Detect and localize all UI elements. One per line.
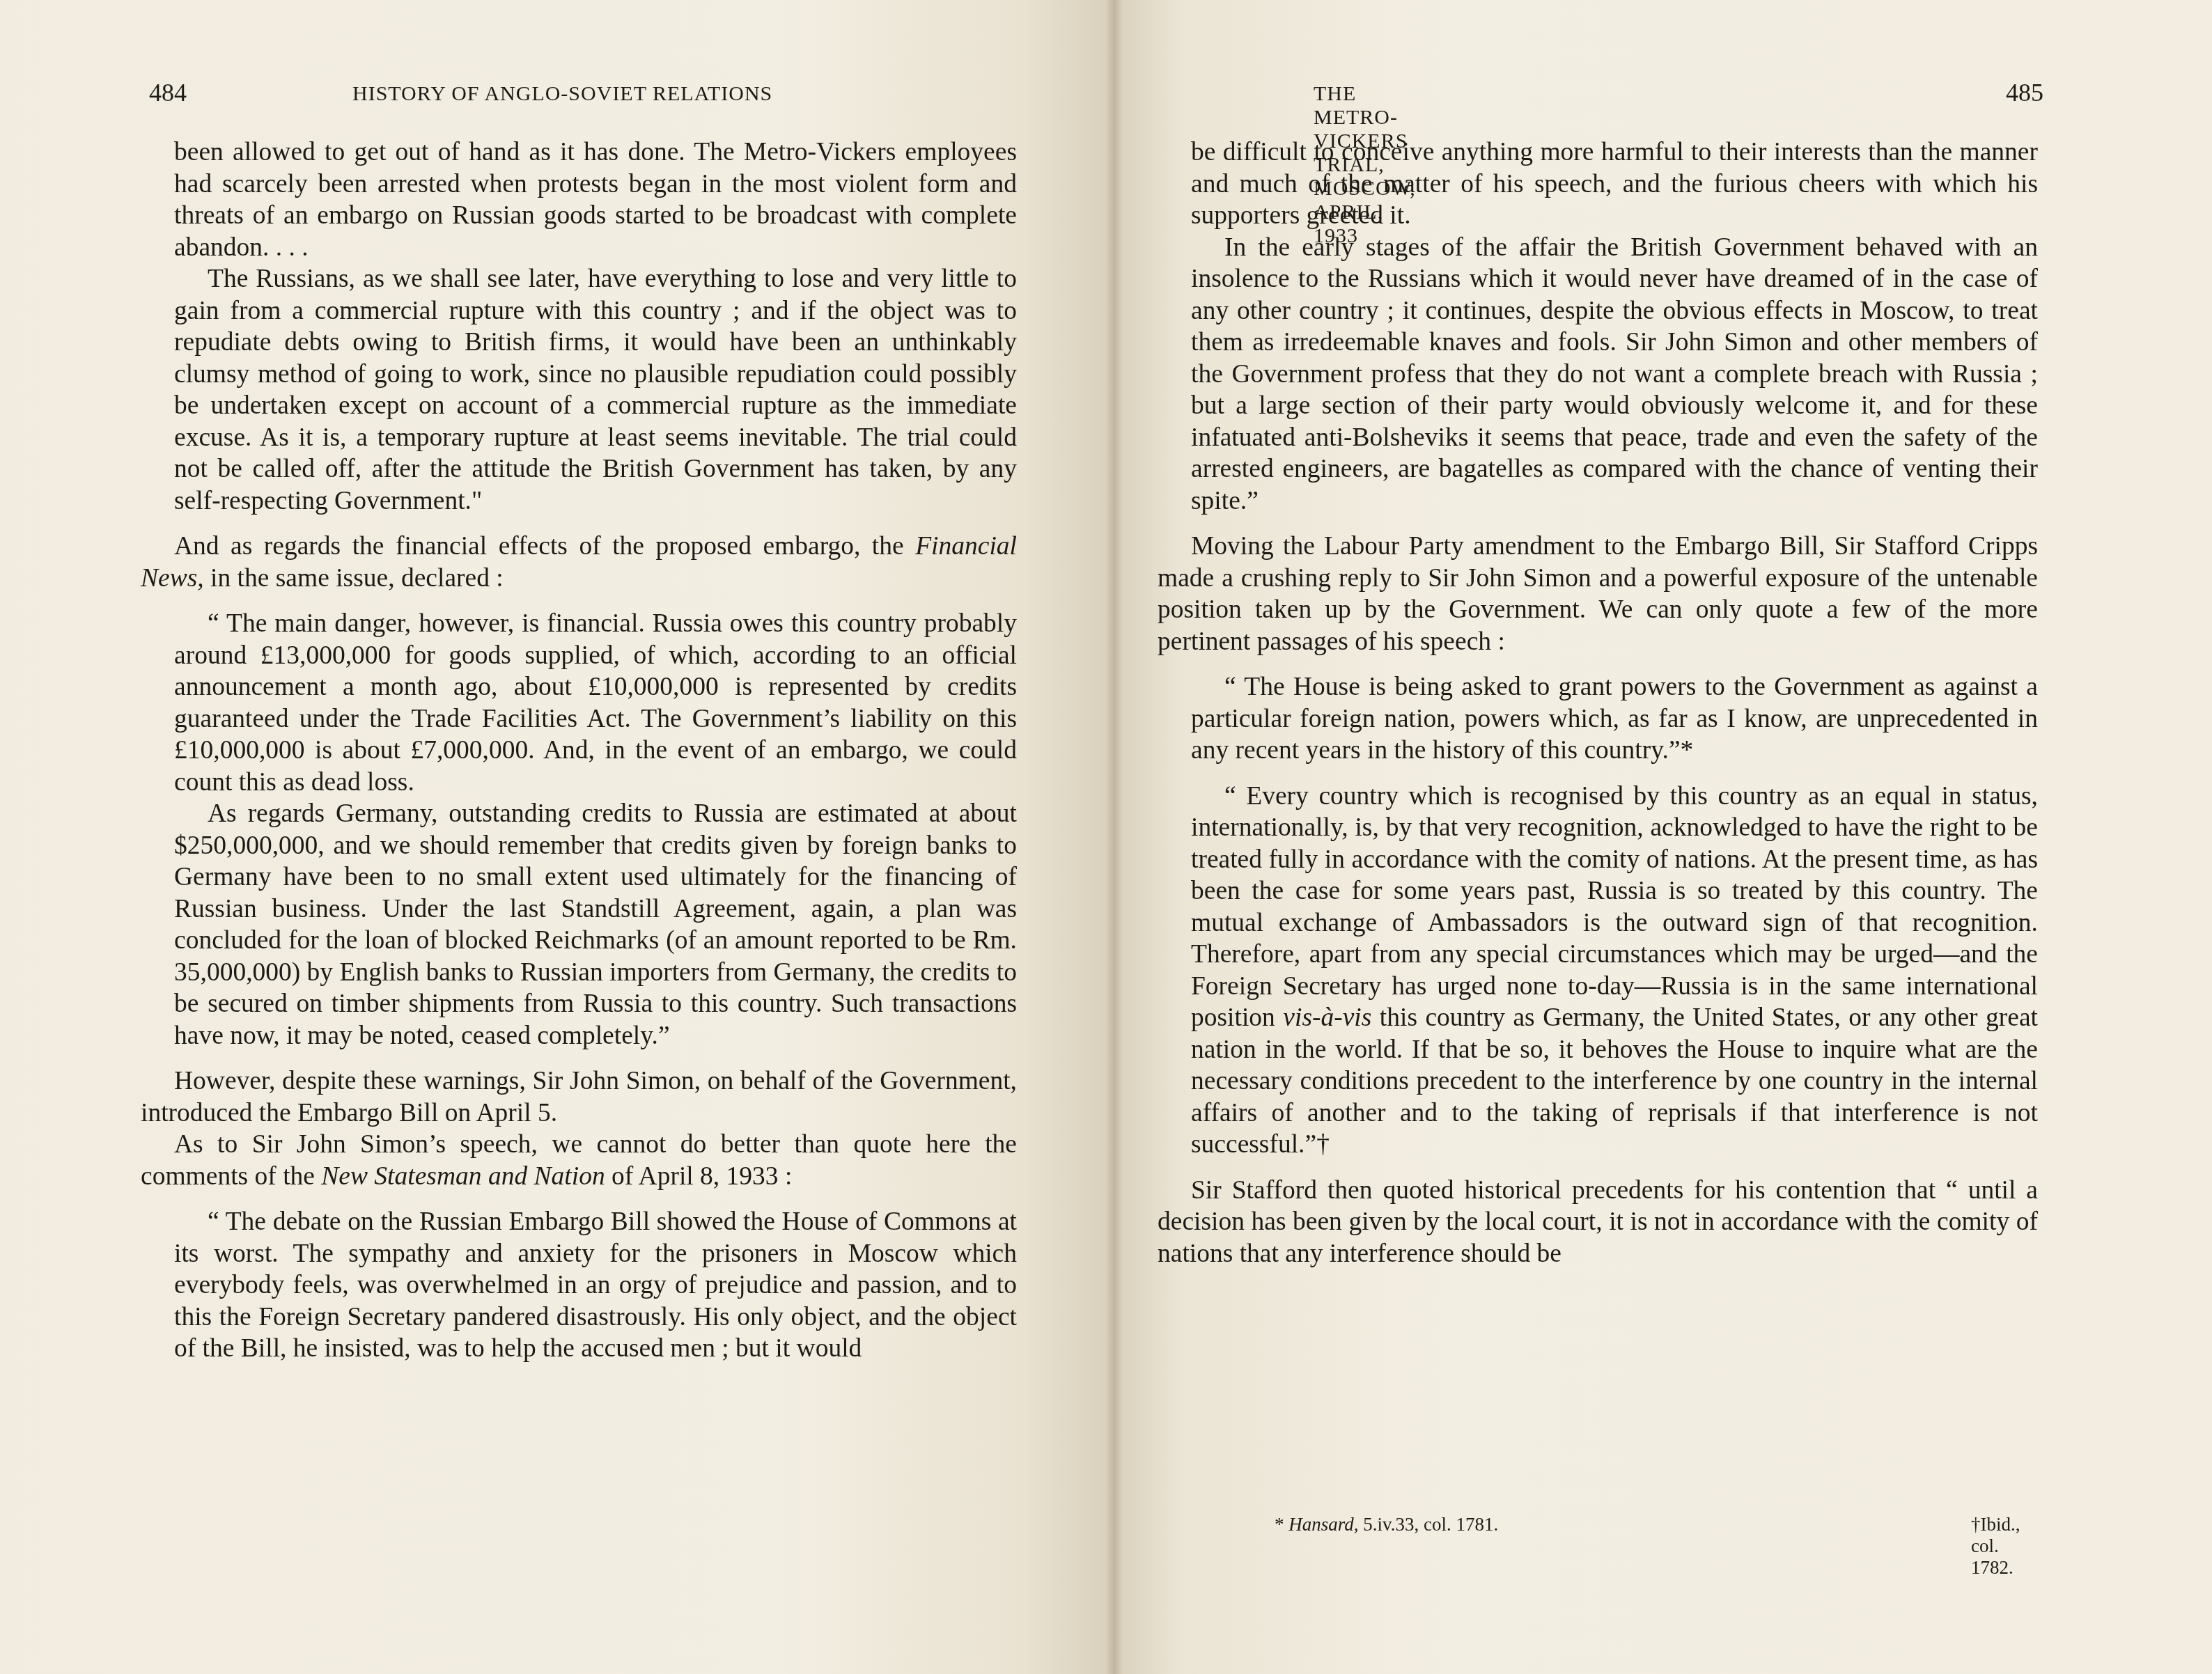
- right-page: THE METRO-VICKERS TRIAL, MOSCOW, APRIL, …: [1114, 0, 2212, 1674]
- paragraph: And as regards the financial effects of …: [141, 531, 1017, 594]
- left-page: 484 HISTORY OF ANGLO-SOVIET RELATIONS be…: [0, 0, 1114, 1674]
- running-head: HISTORY OF ANGLO-SOVIET RELATIONS: [352, 82, 772, 106]
- italic-phrase: vis-à-vis: [1283, 1003, 1371, 1032]
- footnote-source: Hansard,: [1288, 1514, 1358, 1535]
- publication-title: New Statesman and Nation: [321, 1162, 605, 1191]
- paragraph: As to Sir John Simon’s speech, we cannot…: [141, 1129, 1017, 1192]
- left-page-body: been allowed to get out of hand as it ha…: [174, 136, 1017, 1365]
- paragraph: However, despite these warnings, Sir Joh…: [141, 1065, 1017, 1129]
- paragraph: In the early stages of the affair the Br…: [1191, 232, 2038, 517]
- book-gutter: [1106, 0, 1123, 1674]
- right-page-body: be difficult to conceive anything more h…: [1191, 136, 2038, 1269]
- footnote-mark: *: [1275, 1514, 1284, 1535]
- paragraph: Moving the Labour Party amendment to the…: [1158, 531, 2038, 657]
- footnote: * Hansard, 5.iv.33, col. 1781.: [1275, 1514, 1498, 1535]
- paragraph: Sir Stafford then quoted historical prec…: [1158, 1175, 2038, 1270]
- paragraph: been allowed to get out of hand as it ha…: [174, 136, 1017, 263]
- paragraph: be difficult to conceive anything more h…: [1191, 136, 2038, 232]
- paragraph: “ The House is being asked to grant powe…: [1191, 671, 2038, 767]
- paragraph: The Russians, as we shall see later, hav…: [174, 263, 1017, 517]
- footnote-mark: †: [1971, 1514, 1981, 1535]
- paragraph: “ The main danger, however, is financial…: [174, 608, 1017, 798]
- page-number: 484: [149, 78, 187, 107]
- page-number: 485: [2006, 78, 2043, 107]
- paragraph: “ Every country which is recognised by t…: [1191, 781, 2038, 1161]
- paragraph: “ The debate on the Russian Embargo Bill…: [174, 1206, 1017, 1365]
- footnote: †Ibid., col. 1782.: [1971, 1514, 2020, 1579]
- book-spread: 484 HISTORY OF ANGLO-SOVIET RELATIONS be…: [0, 0, 2212, 1674]
- paragraph: As regards Germany, outstanding credits …: [174, 798, 1017, 1051]
